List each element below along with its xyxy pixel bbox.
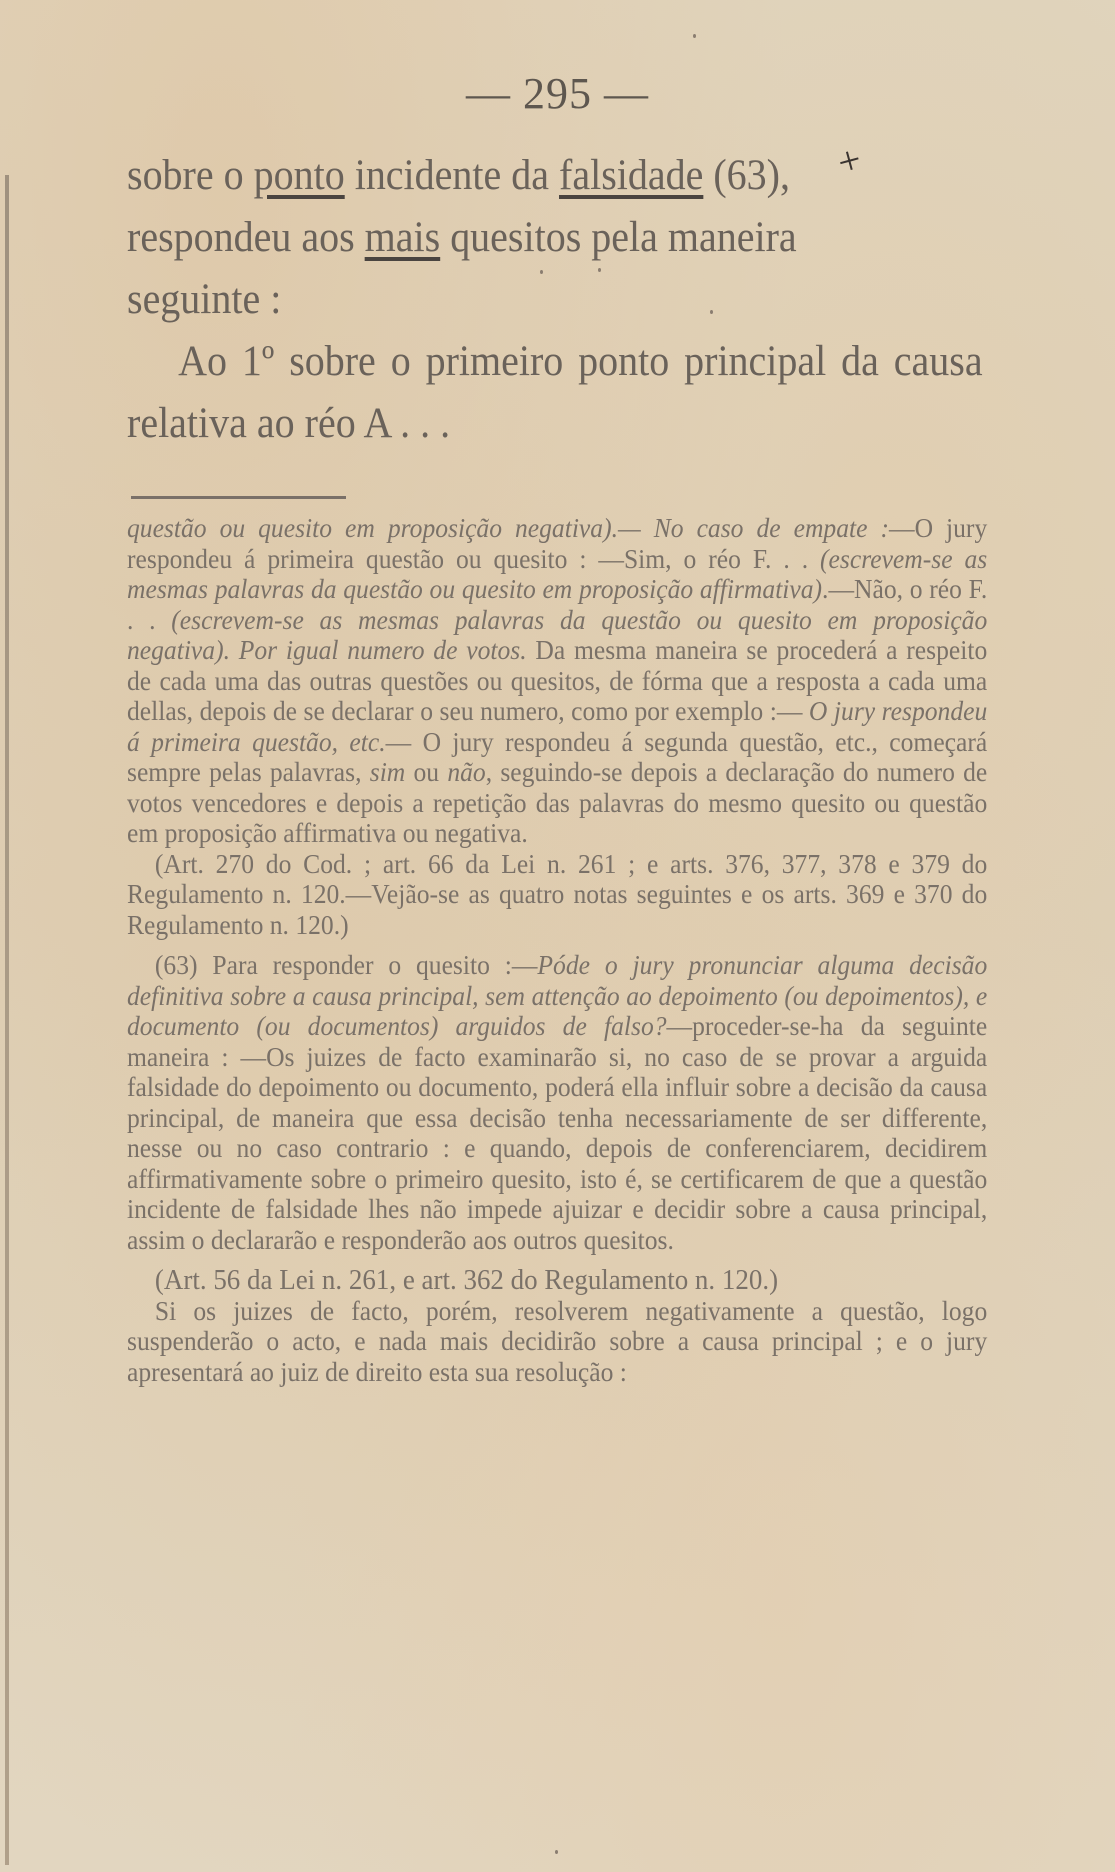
footnote-63: (63) Para responder o quesito :—Póde o j…	[127, 950, 987, 1255]
paper-speck	[555, 1850, 558, 1854]
page-number: — 295 —	[0, 68, 1115, 119]
main-paragraph-2: Ao 1º sobre o primeiro ponto principal d…	[127, 331, 983, 455]
paper-speck	[540, 270, 543, 274]
page-left-edge	[5, 175, 9, 1865]
footnote-reference-2: (Art. 56 da Lei n. 261, e art. 362 do Re…	[127, 1265, 987, 1296]
main-text: sobre o ponto incidente da falsidade (63…	[127, 145, 983, 455]
paper-speck	[710, 310, 713, 314]
footnote-separator	[131, 496, 346, 499]
paper-speck	[693, 34, 696, 38]
underlined-word: ponto	[254, 152, 345, 199]
main-paragraph-1: sobre o ponto incidente da falsidade (63…	[127, 145, 983, 331]
paper-speck	[598, 268, 601, 272]
footnote-ref-63: (63),	[703, 152, 790, 199]
underlined-word: falsidade	[559, 152, 703, 199]
book-page: — 295 — + sobre o ponto incidente da fal…	[0, 0, 1115, 1872]
footnote-reference-1: (Art. 270 do Cod. ; art. 66 da Lei n. 26…	[127, 849, 987, 941]
footnote-continuation: questão ou quesito em proposição negativ…	[127, 513, 987, 849]
underlined-word: mais	[365, 214, 441, 261]
footnotes: questão ou quesito em proposição negativ…	[127, 513, 987, 1387]
footnote-final-paragraph: Si os juizes de facto, porém, resolverem…	[127, 1296, 987, 1388]
